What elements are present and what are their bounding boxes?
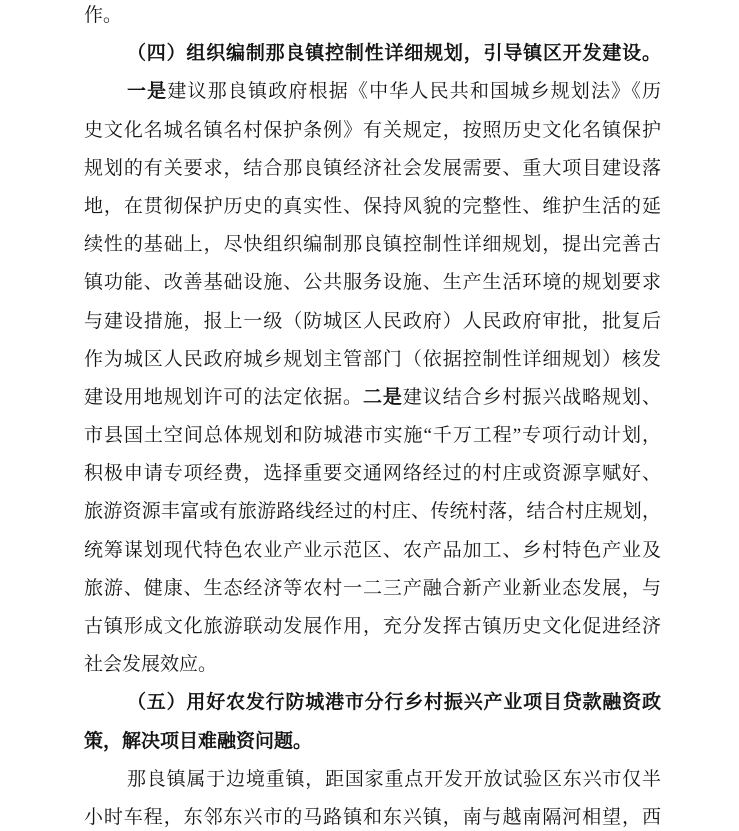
text-line: 地，在贯彻保护历史的真实性、保持风貌的完整性、维护生活的延 — [84, 188, 661, 226]
text-line: 积极申请专项经费，选择重要交通网络经过的村庄或资源享赋好、 — [84, 455, 661, 493]
text-segment: 旅游资源丰富或有旅游路线经过的村庄、传统村落，结合村庄规划， — [84, 501, 661, 522]
emphasis-text: 一是 — [127, 81, 167, 102]
text-segment: 规划的有关要求，结合那良镇经济社会发展需要、重大项目建设落 — [84, 158, 661, 179]
emphasis-text: 二是 — [363, 387, 403, 408]
text-line: 史文化名城名镇名村保护条例》有关规定，按照历史文化名镇保护 — [84, 112, 661, 150]
emphasis-text: （四）组织编制那良镇控制性详细规划，引导镇区开发建设。 — [127, 43, 661, 64]
text-line: （四）组织编制那良镇控制性详细规划，引导镇区开发建设。 — [84, 35, 661, 73]
text-line: 镇功能、改善基础设施、公共服务设施、生产生活环境的规划要求 — [84, 264, 661, 302]
text-line: 规划的有关要求，结合那良镇经济社会发展需要、重大项目建设落 — [84, 150, 661, 188]
text-line: 续性的基础上，尽快组织编制那良镇控制性详细规划，提出完善古 — [84, 226, 661, 264]
text-line: 策，解决项目难融资问题。 — [84, 723, 661, 761]
text-segment: 建议结合乡村振兴战略规划、 — [403, 387, 661, 408]
text-block: 作。（四）组织编制那良镇控制性详细规划，引导镇区开发建设。一是建议那良镇政府根据… — [84, 0, 661, 831]
text-line: 古镇形成文化旅游联动发展作用，充分发挥古镇历史文化促进经济 — [84, 608, 661, 646]
text-segment: 建议那良镇政府根据《中华人民共和国城乡规划法》《历 — [167, 81, 661, 102]
text-line: 旅游、健康、生态经济等农村一二三产融合新产业新业态发展，与 — [84, 570, 661, 608]
text-line: 那良镇属于边境重镇，距国家重点开发开放试验区东兴市仅半 — [84, 761, 661, 799]
text-line: 旅游资源丰富或有旅游路线经过的村庄、传统村落，结合村庄规划， — [84, 493, 661, 531]
text-line: 统筹谋划现代特色农业产业示范区、农产品加工、乡村特色产业及 — [84, 532, 661, 570]
text-segment: 社会发展效应。 — [84, 654, 217, 675]
text-line: 社会发展效应。 — [84, 646, 661, 684]
text-segment: 作为城区人民政府城乡规划主管部门（依据控制性详细规划）核发 — [84, 349, 661, 370]
text-line: 建设用地规划许可的法定依据。二是建议结合乡村振兴战略规划、 — [84, 379, 661, 417]
emphasis-text: 策，解决项目难融资问题。 — [84, 731, 312, 752]
text-segment: 作。 — [84, 5, 122, 26]
text-segment: 续性的基础上，尽快组织编制那良镇控制性详细规划，提出完善古 — [84, 234, 661, 255]
text-line: 小时车程，东邻东兴市的马路镇和东兴镇，南与越南隔河相望，西 — [84, 799, 661, 831]
text-segment: 与建设措施，报上一级（防城区人民政府）人民政府审批，批复后 — [84, 311, 661, 332]
text-segment: 统筹谋划现代特色农业产业示范区、农产品加工、乡村特色产业及 — [84, 540, 661, 561]
text-line: 一是建议那良镇政府根据《中华人民共和国城乡规划法》《历 — [84, 73, 661, 111]
text-segment: 那良镇属于边境重镇，距国家重点开发开放试验区东兴市仅半 — [127, 769, 661, 790]
text-line: 与建设措施，报上一级（防城区人民政府）人民政府审批，批复后 — [84, 303, 661, 341]
text-segment: 地，在贯彻保护历史的真实性、保持风貌的完整性、维护生活的延 — [84, 196, 661, 217]
text-segment: 旅游、健康、生态经济等农村一二三产融合新产业新业态发展，与 — [84, 578, 661, 599]
text-segment: 古镇形成文化旅游联动发展作用，充分发挥古镇历史文化促进经济 — [84, 616, 661, 637]
text-segment: 建设用地规划许可的法定依据。 — [84, 387, 363, 408]
document-page: { "page": { "background": "#ffffff", "te… — [0, 0, 739, 831]
text-segment: 镇功能、改善基础设施、公共服务设施、生产生活环境的规划要求 — [84, 272, 661, 293]
text-segment: 积极申请专项经费，选择重要交通网络经过的村庄或资源享赋好、 — [84, 463, 661, 484]
text-segment: 史文化名城名镇名村保护条例》有关规定，按照历史文化名镇保护 — [84, 120, 661, 141]
text-segment: 小时车程，东邻东兴市的马路镇和东兴镇，南与越南隔河相望，西 — [84, 807, 661, 828]
page: 作。（四）组织编制那良镇控制性详细规划，引导镇区开发建设。一是建议那良镇政府根据… — [0, 0, 739, 831]
text-segment: 市县国土空间总体规划和防城港市实施“千万工程”专项行动计划， — [84, 425, 661, 446]
text-line: 作。 — [84, 0, 661, 35]
text-line: 市县国土空间总体规划和防城港市实施“千万工程”专项行动计划， — [84, 417, 661, 455]
text-line: 作为城区人民政府城乡规划主管部门（依据控制性详细规划）核发 — [84, 341, 661, 379]
emphasis-text: （五）用好农发行防城港市分行乡村振兴产业项目贷款融资政 — [127, 692, 661, 713]
text-line: （五）用好农发行防城港市分行乡村振兴产业项目贷款融资政 — [84, 684, 661, 722]
